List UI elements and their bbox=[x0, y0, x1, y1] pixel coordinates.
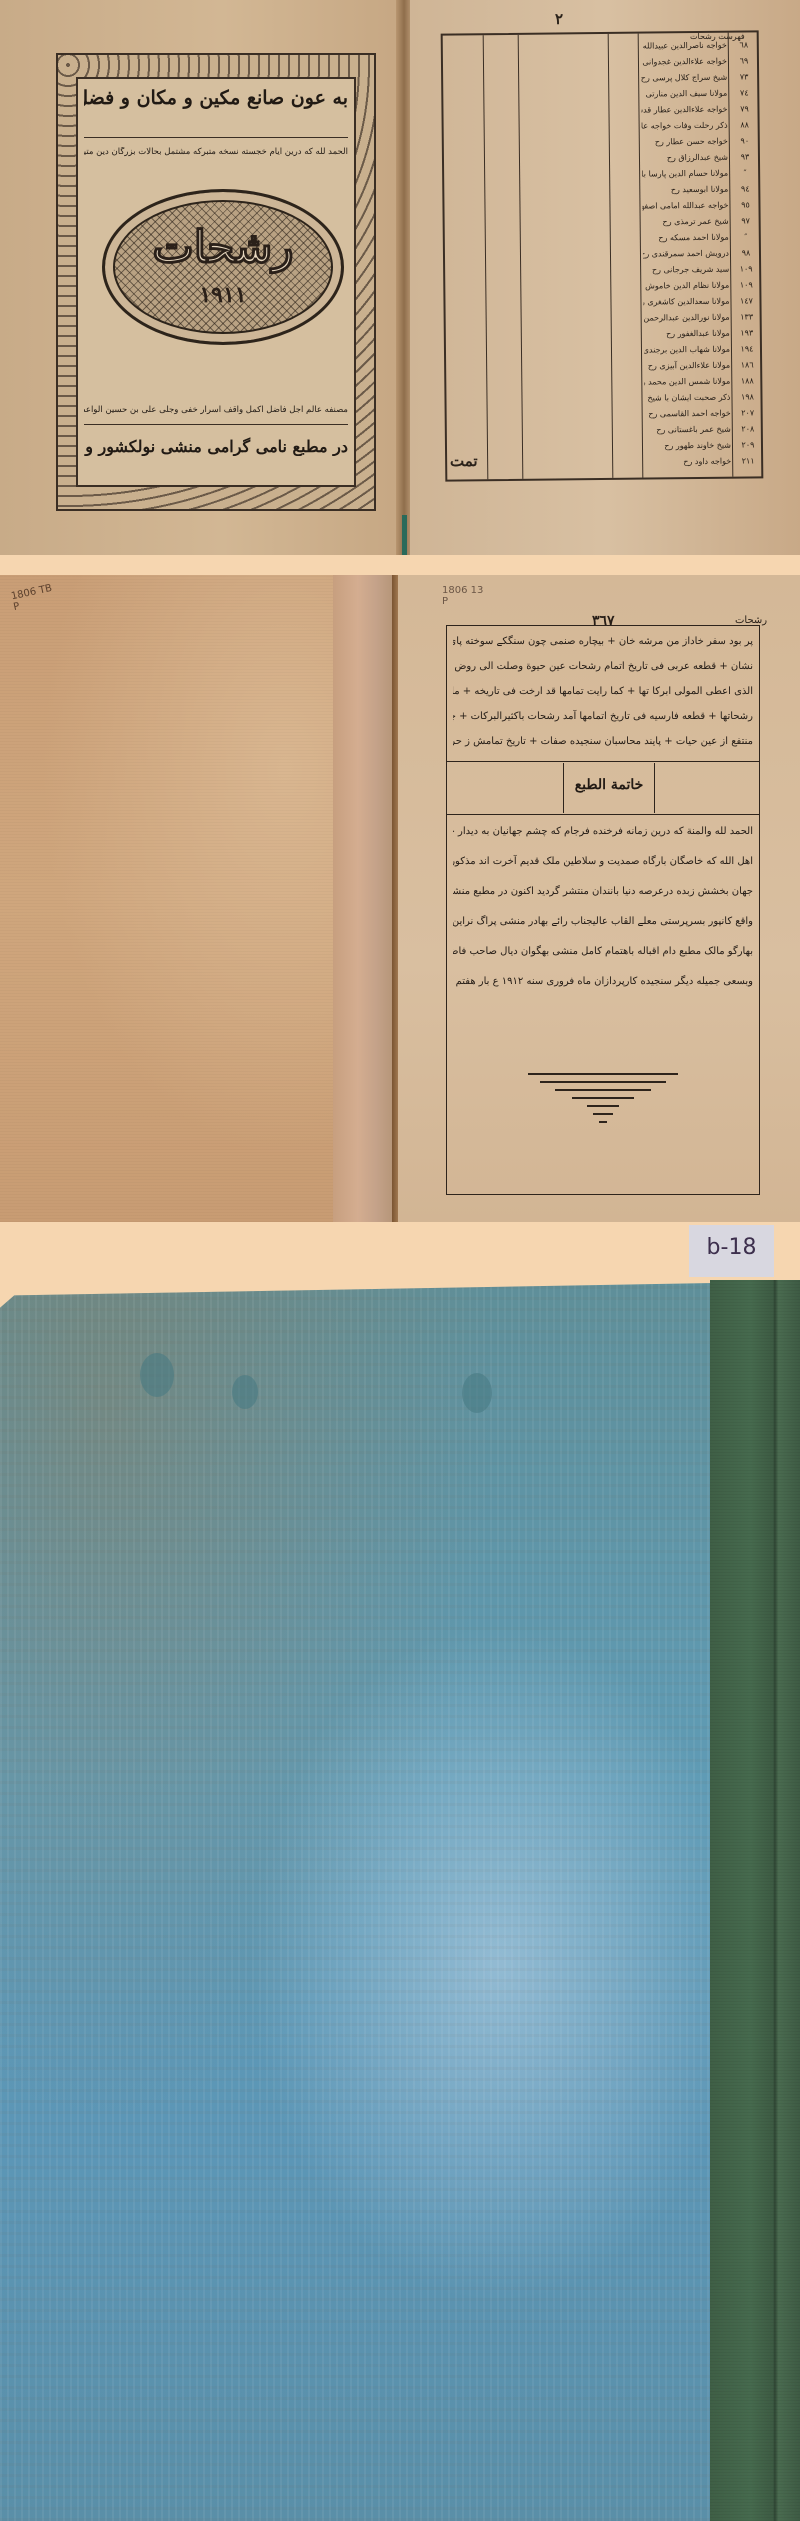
colophon-line: الذی اعطی المولی ابرکا تها + کما رایت تم… bbox=[453, 682, 753, 702]
column-rule bbox=[608, 34, 614, 478]
contents-entry-page: ″ bbox=[733, 230, 759, 243]
contents-entry-page: ٦٨ bbox=[731, 38, 757, 51]
contents-entry-title: شیخ سراج کلال پرسی رح bbox=[641, 71, 727, 85]
section-title-box: خاتمة الطبع bbox=[563, 763, 655, 813]
contents-entry-page: ١٠٩ bbox=[733, 278, 759, 291]
colophon-line: منتفع از عین حیات + پایند محاسبان سنجیده… bbox=[453, 732, 753, 752]
contents-entry-page: ٩٧ bbox=[733, 214, 759, 227]
colophon-line: بهارگو مالک مطبع دام اقباله باهتمام کامل… bbox=[453, 942, 753, 962]
contents-entry-title: خواجه حسن عطار رح bbox=[642, 135, 728, 149]
colophon-line: رشحاتها + قطعه فارسیه فی تاریخ اتمامها آ… bbox=[453, 707, 753, 727]
contents-entry-page: ٩٣ bbox=[732, 150, 758, 163]
contents-entry-title: مولانا عبدالغفور رح bbox=[644, 327, 730, 341]
colophon-line: نشان + قطعه عربی فی تاریخ اتمام رشحات عی… bbox=[453, 657, 753, 677]
pencil-note-sub: P bbox=[442, 596, 448, 607]
tailpiece-rule bbox=[587, 1105, 619, 1107]
end-mark: تمت bbox=[450, 452, 478, 470]
colophon-line: اهل الله که خاصگان بارگاه صمدیت و سلاطین… bbox=[453, 852, 753, 872]
stain bbox=[140, 1353, 174, 1397]
contents-entry-page: ٢٠٩ bbox=[735, 438, 761, 451]
contents-entry-page: ٩٨ bbox=[733, 246, 759, 259]
contents-entry-title: خواجه داود رح bbox=[645, 455, 731, 469]
contents-entry-page: ١٨٨ bbox=[734, 374, 760, 387]
contents-entry-title: ذکر رحلت وفات خواجه علاءالدین bbox=[642, 119, 728, 133]
contents-entry-page: ٢٠٧ bbox=[735, 406, 761, 419]
contents-entry-title: مولانا شمس الدین محمد روجی رح bbox=[644, 375, 730, 389]
blank-endpaper: 1806 TB P bbox=[0, 575, 335, 1222]
title-heading-line: به عون صانع مکین و مکان و فضل خلاق زمین … bbox=[84, 87, 348, 109]
contents-entry-page: ٧٤ bbox=[731, 86, 757, 99]
contents-entry-title: درویش احمد سمرقندی رح bbox=[643, 247, 729, 261]
stain bbox=[462, 1373, 492, 1413]
spine-edge bbox=[402, 515, 407, 555]
contents-entry-title: خواجه عبدالله امامی اصفهانی رح bbox=[642, 199, 728, 213]
contents-table: خواجه ناصرالدین عبیدالله رح٦٨خواجه علاءا… bbox=[441, 30, 764, 481]
divider bbox=[84, 424, 348, 425]
tailpiece-rule bbox=[599, 1121, 607, 1123]
contents-entry-title: شیخ عمر ترمذی رح bbox=[643, 215, 729, 229]
title-page-inner-panel: به عون صانع مکین و مکان و فضل خلاق زمین … bbox=[76, 77, 356, 487]
column-rule bbox=[483, 35, 489, 479]
publication-year: ١٩١١ bbox=[105, 282, 341, 308]
contents-entry-page: ٢١١ bbox=[735, 454, 761, 467]
tailpiece-rule bbox=[555, 1089, 651, 1091]
marbled-cover-board bbox=[0, 1283, 713, 2521]
divider bbox=[447, 814, 759, 815]
contents-entry-title: خواجه احمد القاسمی رح bbox=[645, 407, 731, 421]
contents-entry-page: ٩٤ bbox=[732, 182, 758, 195]
contents-entry-title: خواجه علاءالدین غجدوانی رح bbox=[641, 55, 727, 69]
contents-entry-title: ذکر صحبت ایشان با شیخ عبدالله کبیری bbox=[644, 391, 730, 405]
contents-entry-page: ١٩٨ bbox=[734, 390, 760, 403]
section-title: خاتمة الطبع bbox=[564, 777, 654, 793]
contents-entry-page: ٨٨ bbox=[732, 118, 758, 131]
accession-mark: 1806 TB P bbox=[10, 583, 55, 613]
colophon-line: پر بود سفر خاداز من مرشه خان + بیچاره صن… bbox=[453, 632, 753, 652]
colophon-line: جهان بخشش زبده درعرصه دنیا بانندان منتشر… bbox=[453, 882, 753, 902]
divider bbox=[84, 137, 348, 138]
contents-entry-title: مولانا علاءالدین آبیزی رح bbox=[644, 359, 730, 373]
photo-endpaper-colophon-spread: 1806 TB P 1806 13 P ٣٦٧ رشحات پر بود سفر… bbox=[0, 575, 800, 1222]
contents-entry-page: ٧٣ bbox=[731, 70, 757, 83]
contents-entry-title: مولانا سیف الدین منارتی bbox=[641, 87, 727, 101]
tailpiece-rule bbox=[528, 1073, 678, 1075]
contents-entry-title: شیخ عمر باغستانی رح bbox=[645, 423, 731, 437]
photo-title-contents-spread: به عون صانع مکین و مکان و فضل خلاق زمین … bbox=[0, 0, 800, 555]
colophon-line: الحمد لله والمنة که درین زمانه فرخنده فر… bbox=[453, 822, 753, 842]
contents-entry-title: شیخ خاوند طهور رح bbox=[645, 439, 731, 453]
tailpiece-rule bbox=[593, 1113, 613, 1115]
pencil-note: 1806 13 P bbox=[442, 585, 483, 607]
contents-entry-title: مولانا حسام الدین پارسا بلخی bbox=[642, 167, 728, 181]
tailpiece-rule bbox=[540, 1081, 666, 1083]
contents-entry-page: ٧٩ bbox=[731, 102, 757, 115]
contents-entry-page: ١٠٩ bbox=[733, 262, 759, 275]
contents-entry-page: ٩٥ bbox=[732, 198, 758, 211]
column-rule bbox=[518, 35, 524, 479]
contents-entries: خواجه ناصرالدین عبیدالله رح٦٨خواجه علاءا… bbox=[443, 32, 757, 35]
contents-entry-page: ١٩٣ bbox=[734, 326, 760, 339]
paper-hinge bbox=[333, 575, 395, 1222]
contents-entry-title: مولانا نورالدین عبدالرحمن جامی رح bbox=[644, 311, 730, 325]
colophon-line: واقع کانپور بسرپرستی معلے القاب عالیجناب… bbox=[453, 912, 753, 932]
photo-book-cover: b-18 bbox=[0, 1275, 800, 2521]
title-cartouche: رشحات ١٩١١ bbox=[102, 189, 344, 345]
title-subheading: الحمد لله که درین ایام خجسته نسخه متبرکه… bbox=[84, 147, 348, 157]
contents-entry-title: خواجه علاءالدین عطار قدس سره bbox=[641, 103, 727, 117]
contents-entry-title: مولانا احمد مسکه رح bbox=[643, 231, 729, 245]
contents-entry-title: مولانا ابوسعید رح bbox=[642, 183, 728, 197]
colophon-line: وبسعی جمیله دیگر سنجیده کارپردازان ماه ف… bbox=[453, 972, 753, 992]
page-number: ٢ bbox=[555, 10, 563, 28]
contents-entry-page: ٢٠٨ bbox=[735, 422, 761, 435]
contents-entry-title: مولانا شهاب الدین برجندی رح bbox=[644, 343, 730, 357]
stain bbox=[232, 1375, 258, 1409]
contents-entry-page: ٦٩ bbox=[731, 54, 757, 67]
contents-entry-title: خواجه ناصرالدین عبیدالله رح bbox=[641, 39, 727, 53]
contents-entry-page: ١٨٦ bbox=[734, 358, 760, 371]
book-title: رشحات bbox=[105, 222, 341, 273]
press-line: در مطبع نامی گرامی منشی نولکشور واقع لکھ… bbox=[84, 437, 348, 456]
contents-entry-page: ١٣٣ bbox=[734, 310, 760, 323]
accession-sub: P bbox=[12, 601, 20, 613]
colophon-text-block: پر بود سفر خاداز من مرشه خان + بیچاره صن… bbox=[446, 625, 760, 1195]
contents-entry-title: سید شریف جرجانی رح bbox=[643, 263, 729, 277]
contents-entry-page: ″ bbox=[732, 166, 758, 179]
divider bbox=[447, 761, 759, 762]
contents-entry-title: شیخ عبدالرزاق رح bbox=[642, 151, 728, 165]
contents-entry-page: ١٤٧ bbox=[733, 294, 759, 307]
ornamental-border: به عون صانع مکین و مکان و فضل خلاق زمین … bbox=[56, 53, 376, 511]
tailpiece-rule bbox=[572, 1097, 634, 1099]
contents-entry-title: مولانا نظام الدین خاموش رح bbox=[643, 279, 729, 293]
pencil-note-line: 1806 13 bbox=[442, 585, 483, 596]
contents-entry-page: ١٩٤ bbox=[734, 342, 760, 355]
accession-number: 1806 TB bbox=[10, 583, 53, 602]
author-line: مصنفه عالم اجل فاضل اکمل واقف اسرار خفی … bbox=[84, 405, 348, 415]
shelf-label: b-18 bbox=[689, 1225, 774, 1277]
contents-entry-page: ٩٠ bbox=[732, 134, 758, 147]
title-page: به عون صانع مکین و مکان و فضل خلاق زمین … bbox=[0, 0, 405, 555]
contents-entry-title: مولانا سعدالدین کاشغری رح bbox=[643, 295, 729, 309]
cloth-spine bbox=[710, 1280, 800, 2521]
